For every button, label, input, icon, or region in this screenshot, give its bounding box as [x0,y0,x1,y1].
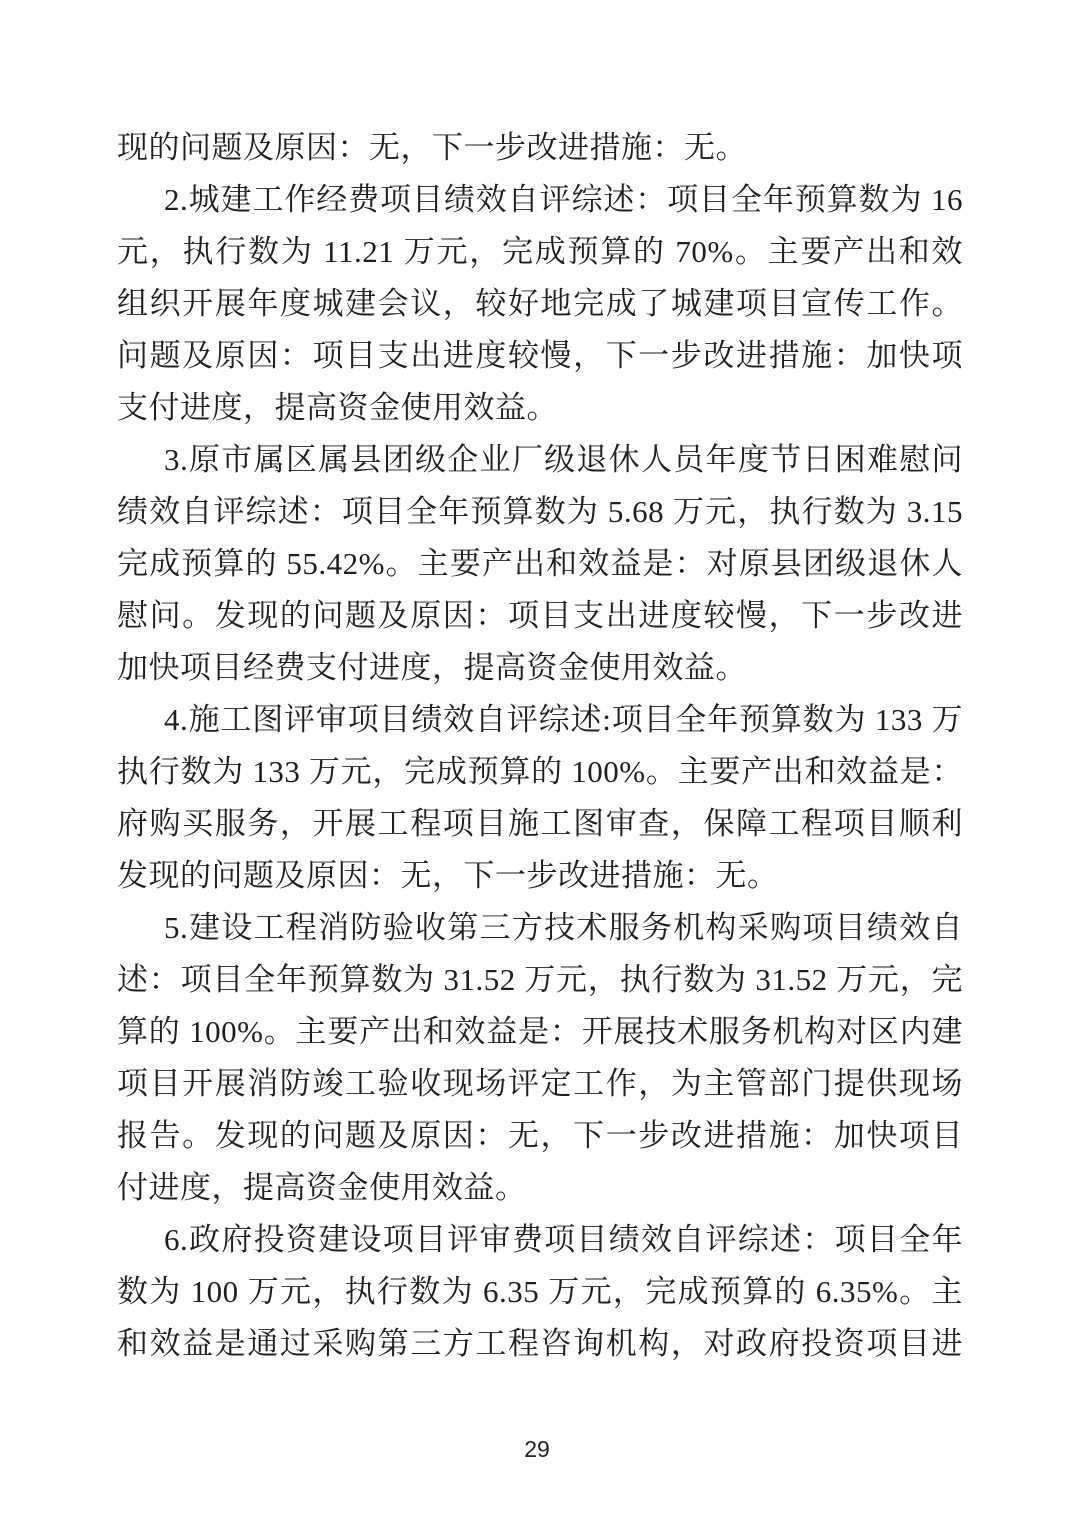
text-line: 发现的问题及原因：无，下一步改进措施：无。 [117,850,963,902]
text-line: 3.原市属区属县团级企业厂级退休人员年度节日困难慰问项目 [117,434,963,486]
text-line: 算的 100%。主要产出和效益是：开展技术服务机构对区内建设工程 [117,1006,963,1058]
text-line: 支付进度，提高资金使用效益。 [117,382,963,434]
text-line: 述：项目全年预算数为 31.52 万元，执行数为 31.52 万元，完成预 [117,954,963,1006]
text-line: 元，执行数为 11.21 万元，完成预算的 70%。主要产出和效益是： [117,226,963,278]
text-line: 报告。发现的问题及原因：无，下一步改进措施：加快项目经费支 [117,1110,963,1162]
text-line: 数为 100 万元，执行数为 6.35 万元，完成预算的 6.35%。主要产出 [117,1266,963,1318]
text-body: 现的问题及原因：无，下一步改进措施：无。2.城建工作经费项目绩效自评综述：项目全… [117,122,963,1370]
text-line: 绩效自评综述：项目全年预算数为 5.68 万元，执行数为 3.15 万元， [117,486,963,538]
text-line: 执行数为 133 万元，完成预算的 100%。主要产出和效益是：通过政 [117,746,963,798]
text-line: 慰问。发现的问题及原因：项目支出进度较慢，下一步改进措施： [117,590,963,642]
document-page: 现的问题及原因：无，下一步改进措施：无。2.城建工作经费项目绩效自评综述：项目全… [0,0,1074,1520]
text-line: 问题及原因：项目支出进度较慢，下一步改进措施：加快项目经费 [117,330,963,382]
text-line: 付进度，提高资金使用效益。 [117,1162,963,1214]
page-number: 29 [524,1436,550,1462]
text-line: 6.政府投资建设项目评审费项目绩效自评综述：项目全年预算 [117,1214,963,1266]
text-line: 组织开展年度城建会议，较好地完成了城建项目宣传工作。发现的 [117,278,963,330]
text-line: 2.城建工作经费项目绩效自评综述：项目全年预算数为 16 万 [117,174,963,226]
text-line: 现的问题及原因：无，下一步改进措施：无。 [117,122,963,174]
text-line: 5.建设工程消防验收第三方技术服务机构采购项目绩效自评综 [117,902,963,954]
text-line: 府购买服务，开展工程项目施工图审查，保障工程项目顺利开展。 [117,798,963,850]
text-line: 加快项目经费支付进度，提高资金使用效益。 [117,642,963,694]
text-line: 项目开展消防竣工验收现场评定工作，为主管部门提供现场意见或 [117,1058,963,1110]
text-line: 和效益是通过采购第三方工程咨询机构，对政府投资项目进行评估， [117,1318,963,1370]
page-footer: 29 [0,1436,1074,1463]
text-line: 完成预算的 55.42%。主要产出和效益是：对原县团级退休人员做好 [117,538,963,590]
text-line: 4.施工图评审项目绩效自评综述:项目全年预算数为 133 万元， [117,694,963,746]
